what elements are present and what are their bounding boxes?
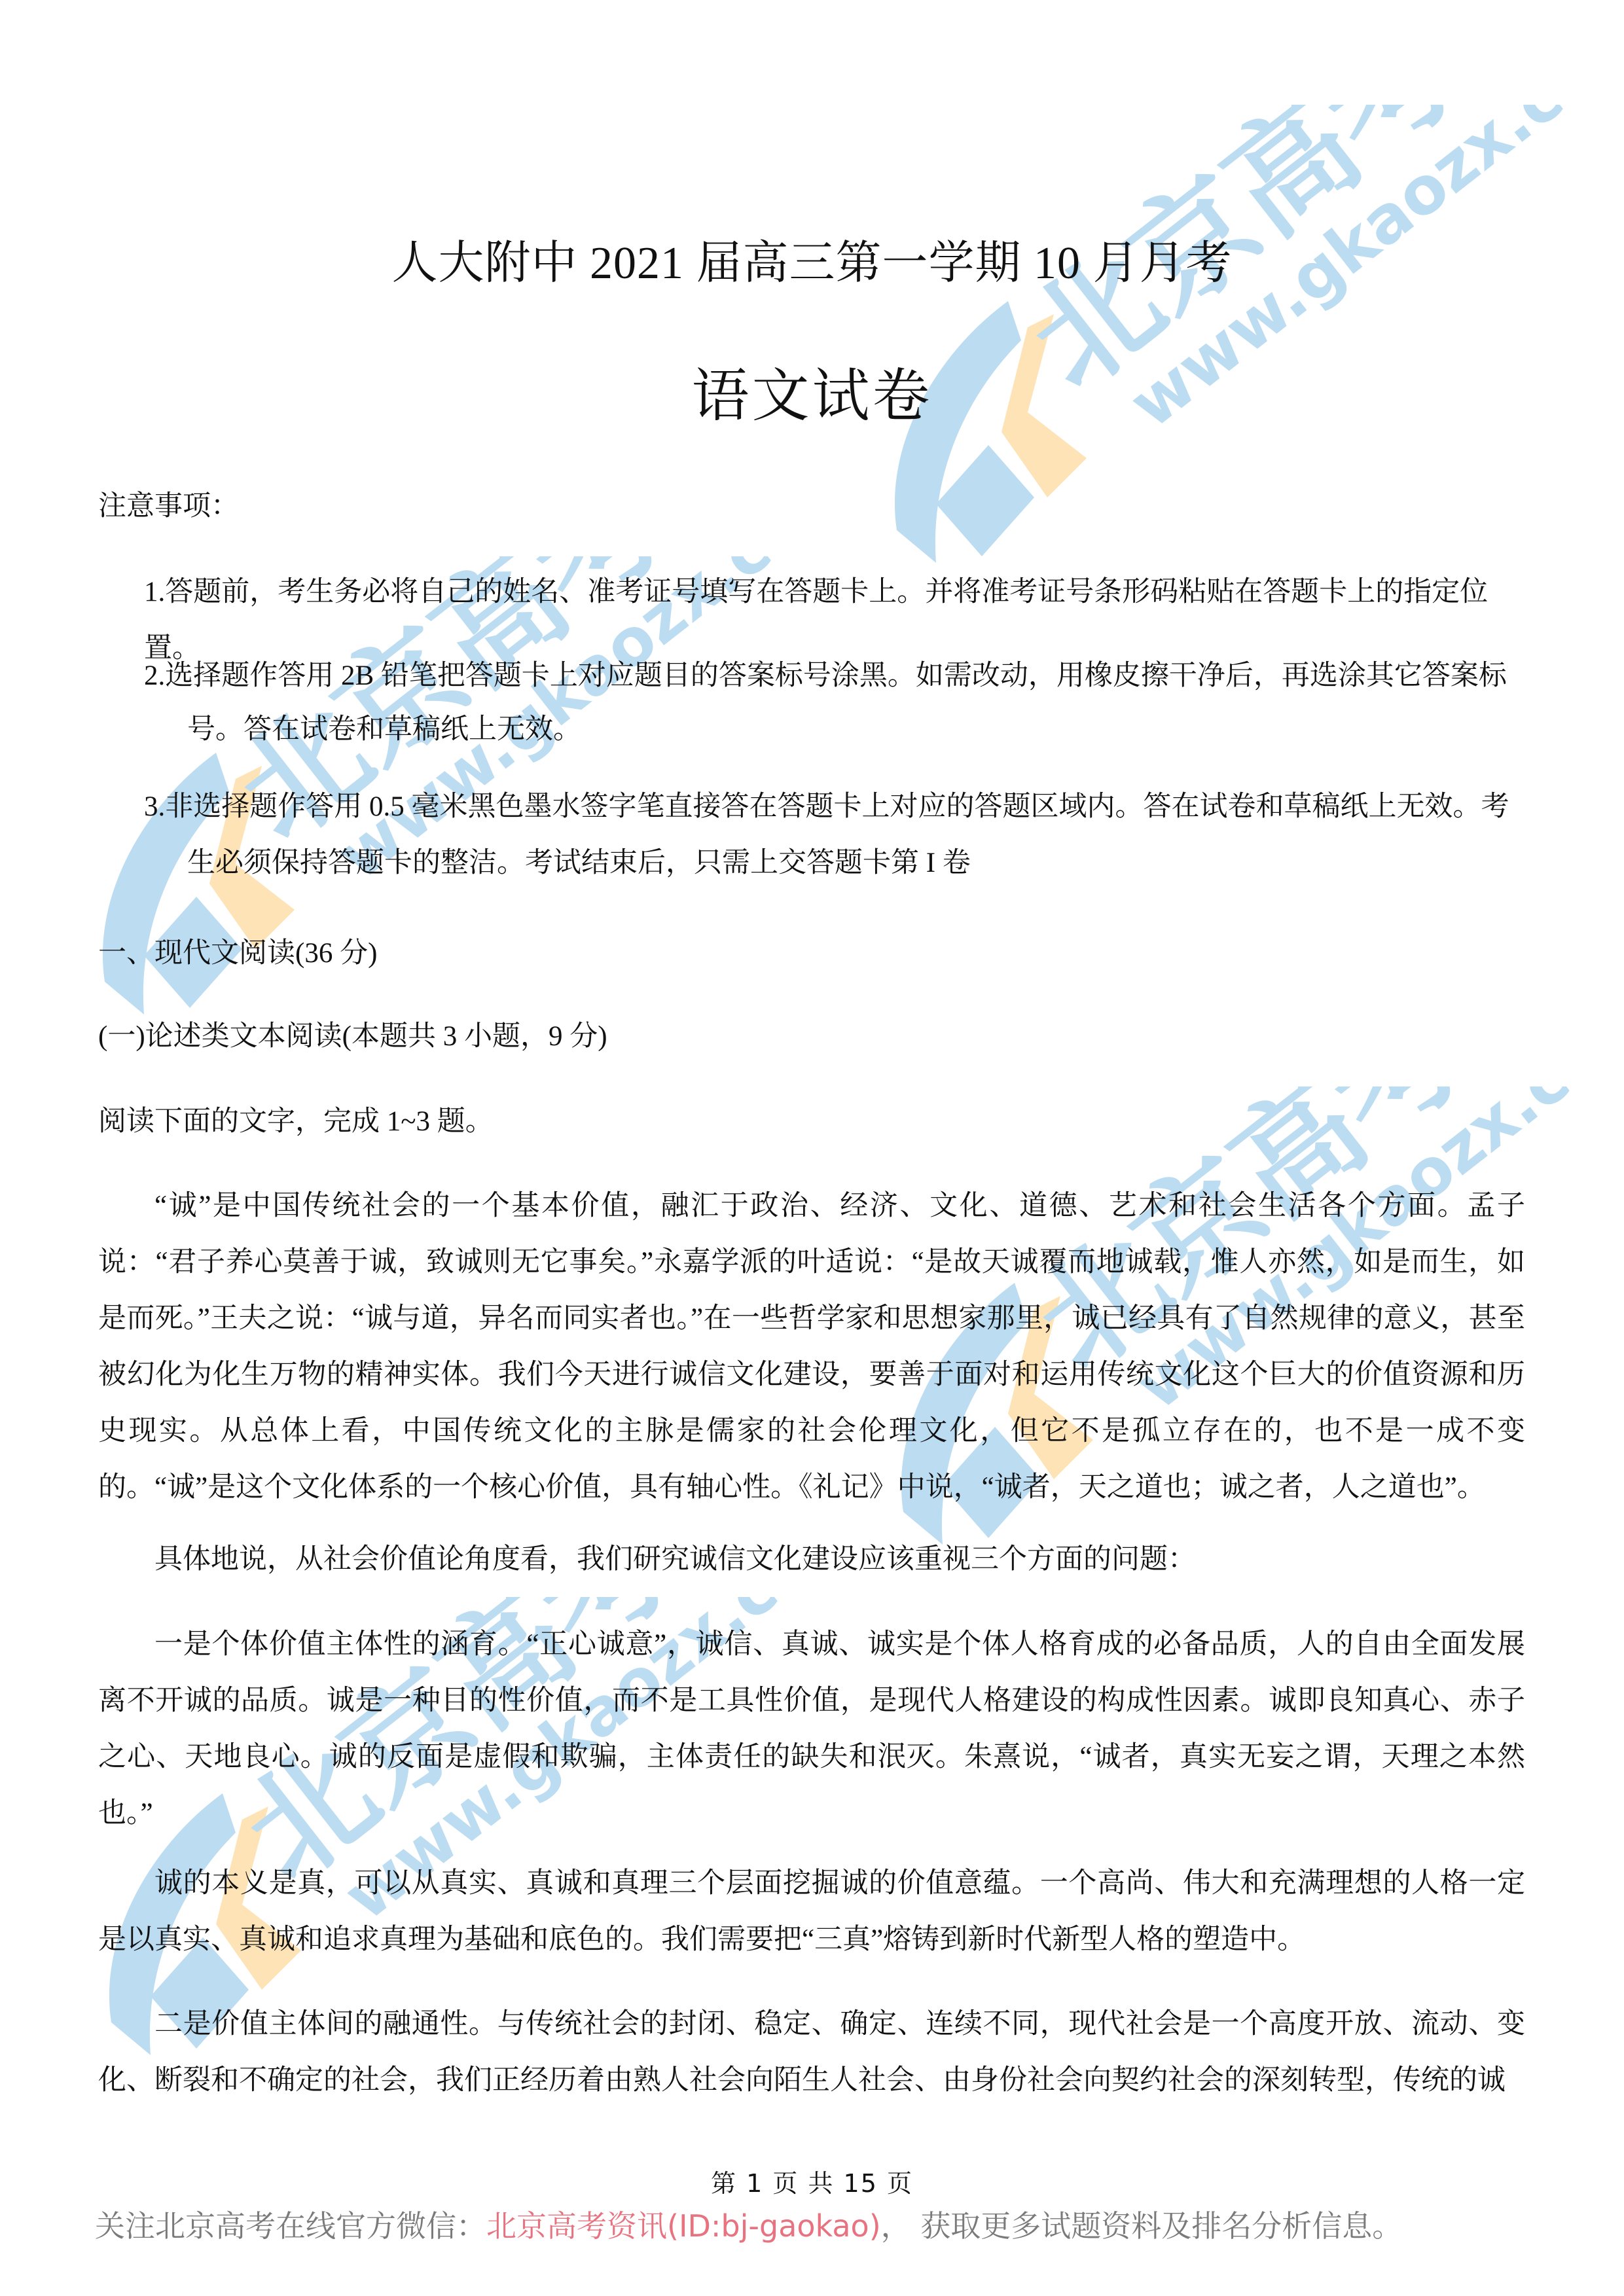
passage-paragraph-3: 一是个体价值主体性的涵育。“正心诚意”，诚信、真诚、诚实是个体人格育成的必备品质…	[98, 1617, 1525, 1842]
footer-promo-account: 北京高考资讯(ID:bj-gaokao)	[486, 2208, 881, 2244]
notice-item-2-continuation: 号。答在试卷和草稿纸上无效。	[144, 702, 1525, 758]
notice-item-3: 3.非选择题作答用 0.5 毫米黑色墨水签字笔直接答在答题卡上对应的答题区域内。…	[144, 779, 1525, 891]
exam-page: 北京高考在线 www.gkaozx.com 北京高考在线 www.gkaozx.…	[0, 0, 1624, 2296]
footer-promo-prefix: 关注北京高考在线官方微信：	[95, 2208, 486, 2244]
notice-item-3-continuation: 生必须保持答题卡的整洁。考试结束后，只需上交答题卡第 I 卷	[144, 835, 1525, 891]
passage-paragraph-5: 二是价值主体间的融通性。与传统社会的封闭、稳定、确定、连续不同，现代社会是一个高…	[98, 1996, 1525, 2109]
passage-paragraph-4: 诚的本义是真，可以从真实、真诚和真理三个层面挖掘诚的价值意蕴。一个高尚、伟大和充…	[98, 1856, 1525, 1968]
passage-paragraph-1: “诚”是中国传统社会的一个基本价值，融汇于政治、经济、文化、道德、艺术和社会生活…	[98, 1178, 1525, 1516]
section-subheading: (一)论述类文本阅读(本题共 3 小题，9 分)	[98, 1022, 607, 1050]
notice-item-3-text: 3.非选择题作答用 0.5 毫米黑色墨水签字笔直接答在答题卡上对应的答题区域内。…	[144, 791, 1509, 822]
document-body: 人大附中 2021 届高三第一学期 10 月月考 语文试卷 注意事项： 1.答题…	[0, 0, 1624, 2296]
footer-promo: 关注北京高考在线官方微信：北京高考资讯(ID:bj-gaokao)， 获取更多试…	[95, 2202, 1402, 2246]
reading-instruction: 阅读下面的文字，完成 1~3 题。	[98, 1107, 494, 1136]
exam-title: 人大附中 2021 届高三第一学期 10 月月考	[0, 226, 1624, 292]
notice-item-2-text: 2.选择题作答用 2B 铅笔把答题卡上对应题目的答案标号涂黑。如需改动，用橡皮擦…	[144, 660, 1507, 691]
footer-promo-suffix: ， 获取更多试题资料及排名分析信息。	[881, 2208, 1403, 2244]
exam-subtitle: 语文试卷	[0, 350, 1624, 433]
section-heading: 一、现代文阅读(36 分)	[98, 939, 377, 967]
notice-heading: 注意事项：	[98, 492, 239, 520]
passage-paragraph-2: 具体地说，从社会价值论角度看，我们研究诚信文化建设应该重视三个方面的问题：	[98, 1532, 1525, 1588]
page-number: 第 1 页 共 15 页	[0, 2163, 1624, 2199]
notice-item-2: 2.选择题作答用 2B 铅笔把答题卡上对应题目的答案标号涂黑。如需改动，用橡皮擦…	[144, 648, 1525, 758]
